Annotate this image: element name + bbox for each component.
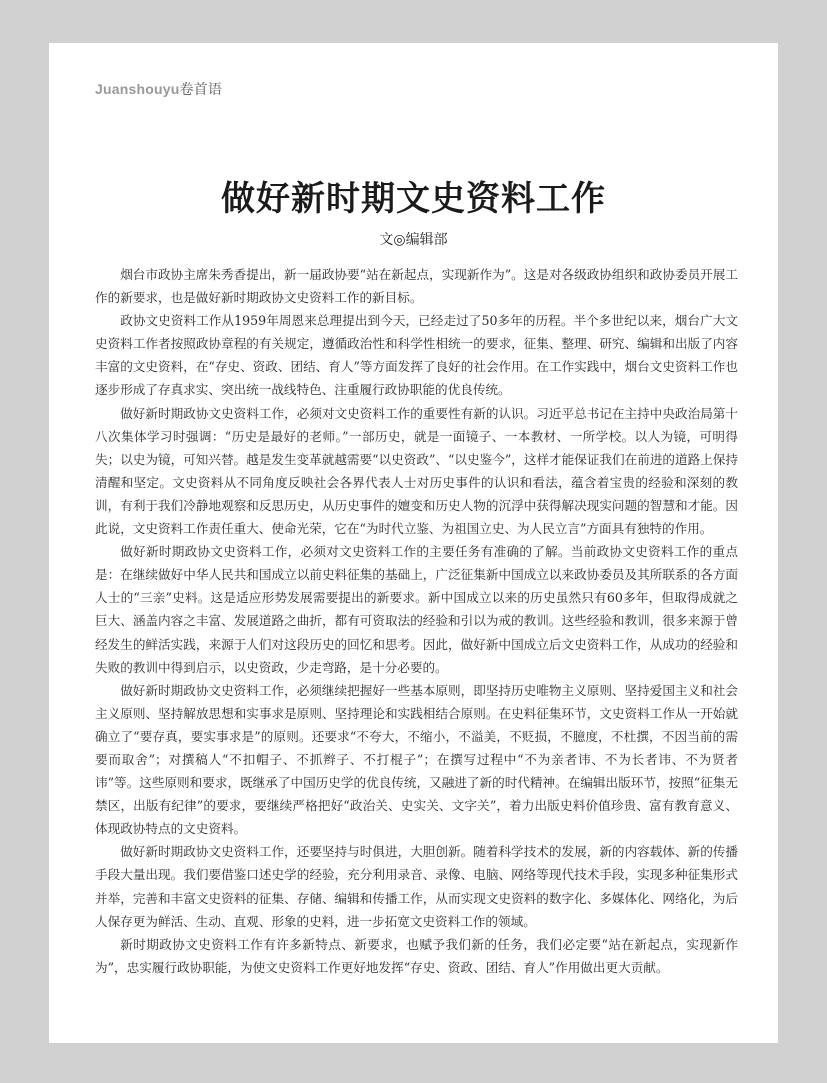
paragraph: 新时期政协文史资料工作有许多新特点、新要求，也赋予我们新的任务，我们必定要“站在… (95, 933, 738, 979)
article-body: 烟台市政协主席朱秀香提出，新一届政协要“站在新起点，实现新作为”。这是对各级政协… (95, 263, 738, 979)
magazine-page: Juanshouyu卷首语 做好新时期文史资料工作 文◎编辑部 烟台市政协主席朱… (49, 43, 778, 1043)
paragraph: 烟台市政协主席朱秀香提出，新一届政协要“站在新起点，实现新作为”。这是对各级政协… (95, 263, 738, 309)
paragraph: 做好新时期政协文史资料工作，必须对文史资料工作的主要任务有准确的了解。当前政协文… (95, 540, 738, 679)
paragraph: 做好新时期政协文史资料工作，必须继续把握好一些基本原则，即坚持历史唯物主义原则、… (95, 679, 738, 841)
section-header: Juanshouyu卷首语 (95, 79, 222, 99)
section-name-chinese: 卷首语 (179, 82, 222, 98)
article-byline: 文◎编辑部 (49, 229, 778, 249)
paragraph: 做好新时期政协文史资料工作，必须对文史资料工作的重要性有新的认识。习近平总书记在… (95, 402, 738, 541)
article-title: 做好新时期文史资料工作 (49, 171, 778, 220)
paragraph: 做好新时期政协文史资料工作，还要坚持与时俱进，大胆创新。随着科学技术的发展，新的… (95, 840, 738, 932)
section-name-english: Juanshouyu (95, 81, 179, 97)
paragraph: 政协文史资料工作从1959年周恩来总理提出到今天，已经走过了50多年的历程。半个… (95, 309, 738, 401)
